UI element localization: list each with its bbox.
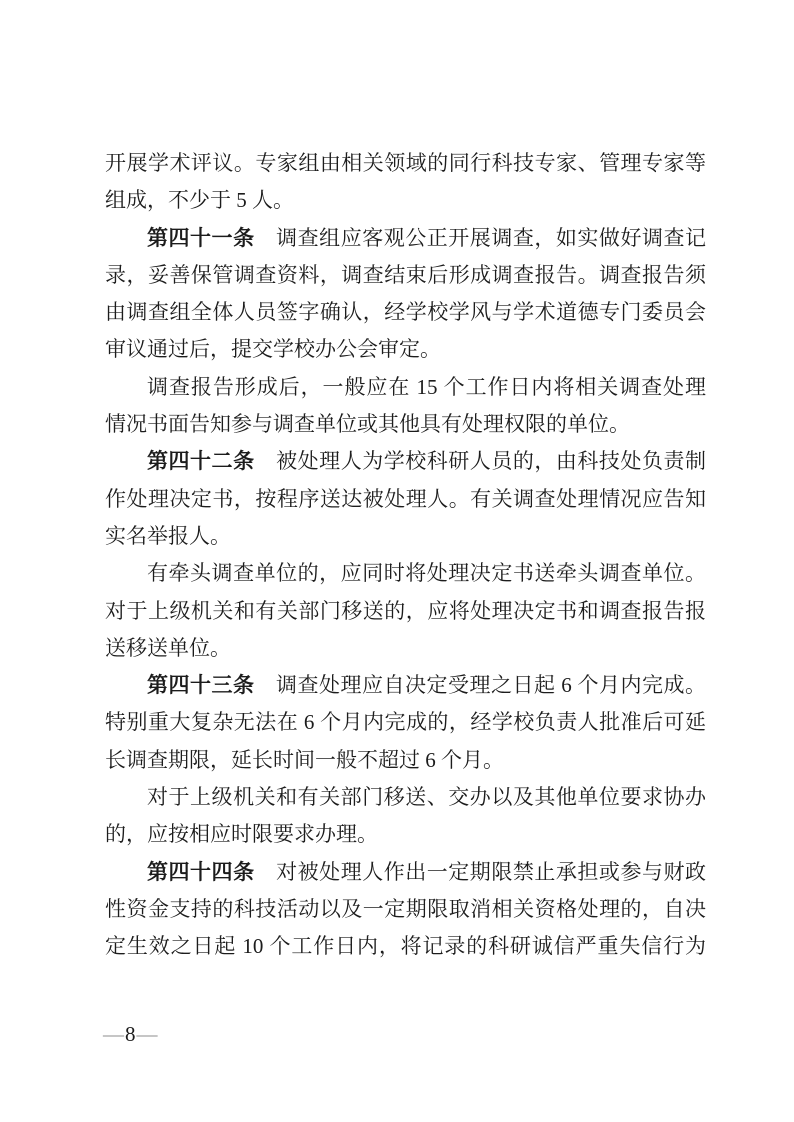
- article-heading: 第四十四条: [147, 861, 255, 884]
- text-line: 对于上级机关和有关部门移送的，应将处理决定书和调查报告报: [105, 593, 706, 630]
- text-line: 第四十一条 调查组应客观公正开展调查，如实做好调查记: [105, 220, 706, 257]
- text-line: 录，妥善保管调查资料，调查结束后形成调查报告。调查报告须: [105, 257, 706, 294]
- text-line: 实名举报人。: [105, 518, 706, 555]
- text-line: 作处理决定书，按程序送达被处理人。有关调查处理情况应告知: [105, 481, 706, 518]
- text-line: 第四十二条 被处理人为学校科研人员的，由科技处负责制: [105, 443, 706, 480]
- text-segment: 定生效之日起 10 个工作日内，将记录的科研诚信严重失信行为: [105, 934, 706, 958]
- text-segment: 审议通过后，提交学校办公会审定。: [105, 337, 441, 361]
- text-segment: 实名举报人。: [105, 524, 231, 548]
- page-number-value: 8: [125, 1022, 137, 1046]
- text-line: 第四十四条 对被处理人作出一定期限禁止承担或参与财政: [105, 854, 706, 891]
- text-segment: 的，应按相应时限要求办理。: [105, 822, 378, 846]
- article-heading: 第四十一条: [147, 227, 255, 250]
- text-line: 定生效之日起 10 个工作日内，将记录的科研诚信严重失信行为: [105, 928, 706, 965]
- text-line: 情况书面告知参与调查单位或其他具有处理权限的单位。: [105, 406, 706, 443]
- text-line: 开展学术评议。专家组由相关领域的同行科技专家、管理专家等: [105, 145, 706, 182]
- text-line: 调查报告形成后，一般应在 15 个工作日内将相关调查处理: [105, 369, 706, 406]
- page-number: —8—: [103, 1022, 159, 1046]
- text-segment: 作处理决定书，按程序送达被处理人。有关调查处理情况应告知: [105, 487, 706, 511]
- article-heading: 第四十二条: [147, 450, 255, 473]
- text-segment: 对于上级机关和有关部门移送的，应将处理决定书和调查报告报: [105, 599, 706, 623]
- text-line: 的，应按相应时限要求办理。: [105, 816, 706, 853]
- page-number-left-dash: —: [103, 1022, 125, 1046]
- text-line: 有牵头调查单位的，应同时将处理决定书送牵头调查单位。: [105, 555, 706, 592]
- text-segment: 对于上级机关和有关部门移送、交办以及其他单位要求协办: [147, 785, 706, 809]
- text-segment: 调查报告形成后，一般应在 15 个工作日内将相关调查处理: [147, 375, 706, 399]
- text-line: 对于上级机关和有关部门移送、交办以及其他单位要求协办: [105, 779, 706, 816]
- article-heading: 第四十三条: [147, 674, 255, 697]
- text-segment: 有牵头调查单位的，应同时将处理决定书送牵头调查单位。: [147, 561, 706, 585]
- text-segment: 被处理人为学校科研人员的，由科技处负责制: [255, 449, 706, 473]
- document-page: 开展学术评议。专家组由相关领域的同行科技专家、管理专家等组成，不少于 5 人。第…: [0, 0, 794, 1122]
- text-line: 性资金支持的科技活动以及一定期限取消相关资格处理的，自决: [105, 891, 706, 928]
- text-line: 第四十三条 调查处理应自决定受理之日起 6 个月内完成。: [105, 667, 706, 704]
- text-segment: 送移送单位。: [105, 636, 231, 660]
- text-segment: 组成，不少于 5 人。: [105, 188, 294, 212]
- text-segment: 对被处理人作出一定期限禁止承担或参与财政: [255, 860, 706, 884]
- text-line: 长调查期限，延长时间一般不超过 6 个月。: [105, 742, 706, 779]
- text-line: 组成，不少于 5 人。: [105, 182, 706, 219]
- text-segment: 性资金支持的科技活动以及一定期限取消相关资格处理的，自决: [105, 897, 706, 921]
- text-line: 由调查组全体人员签字确认，经学校学风与学术道德专门委员会: [105, 294, 706, 331]
- text-segment: 由调查组全体人员签字确认，经学校学风与学术道德专门委员会: [105, 300, 706, 324]
- text-line: 特别重大复杂无法在 6 个月内完成的，经学校负责人批准后可延: [105, 704, 706, 741]
- text-segment: 情况书面告知参与调查单位或其他具有处理权限的单位。: [105, 412, 630, 436]
- page-number-right-dash: —: [137, 1022, 159, 1046]
- text-segment: 特别重大复杂无法在 6 个月内完成的，经学校负责人批准后可延: [105, 710, 706, 734]
- text-segment: 开展学术评议。专家组由相关领域的同行科技专家、管理专家等: [105, 151, 706, 175]
- text-segment: 录，妥善保管调查资料，调查结束后形成调查报告。调查报告须: [105, 263, 706, 287]
- text-segment: 调查处理应自决定受理之日起 6 个月内完成。: [255, 673, 707, 697]
- text-line: 送移送单位。: [105, 630, 706, 667]
- text-line: 审议通过后，提交学校办公会审定。: [105, 331, 706, 368]
- text-segment: 长调查期限，延长时间一般不超过 6 个月。: [105, 748, 504, 772]
- document-body: 开展学术评议。专家组由相关领域的同行科技专家、管理专家等组成，不少于 5 人。第…: [105, 145, 706, 966]
- text-segment: 调查组应客观公正开展调查，如实做好调查记: [255, 226, 706, 250]
